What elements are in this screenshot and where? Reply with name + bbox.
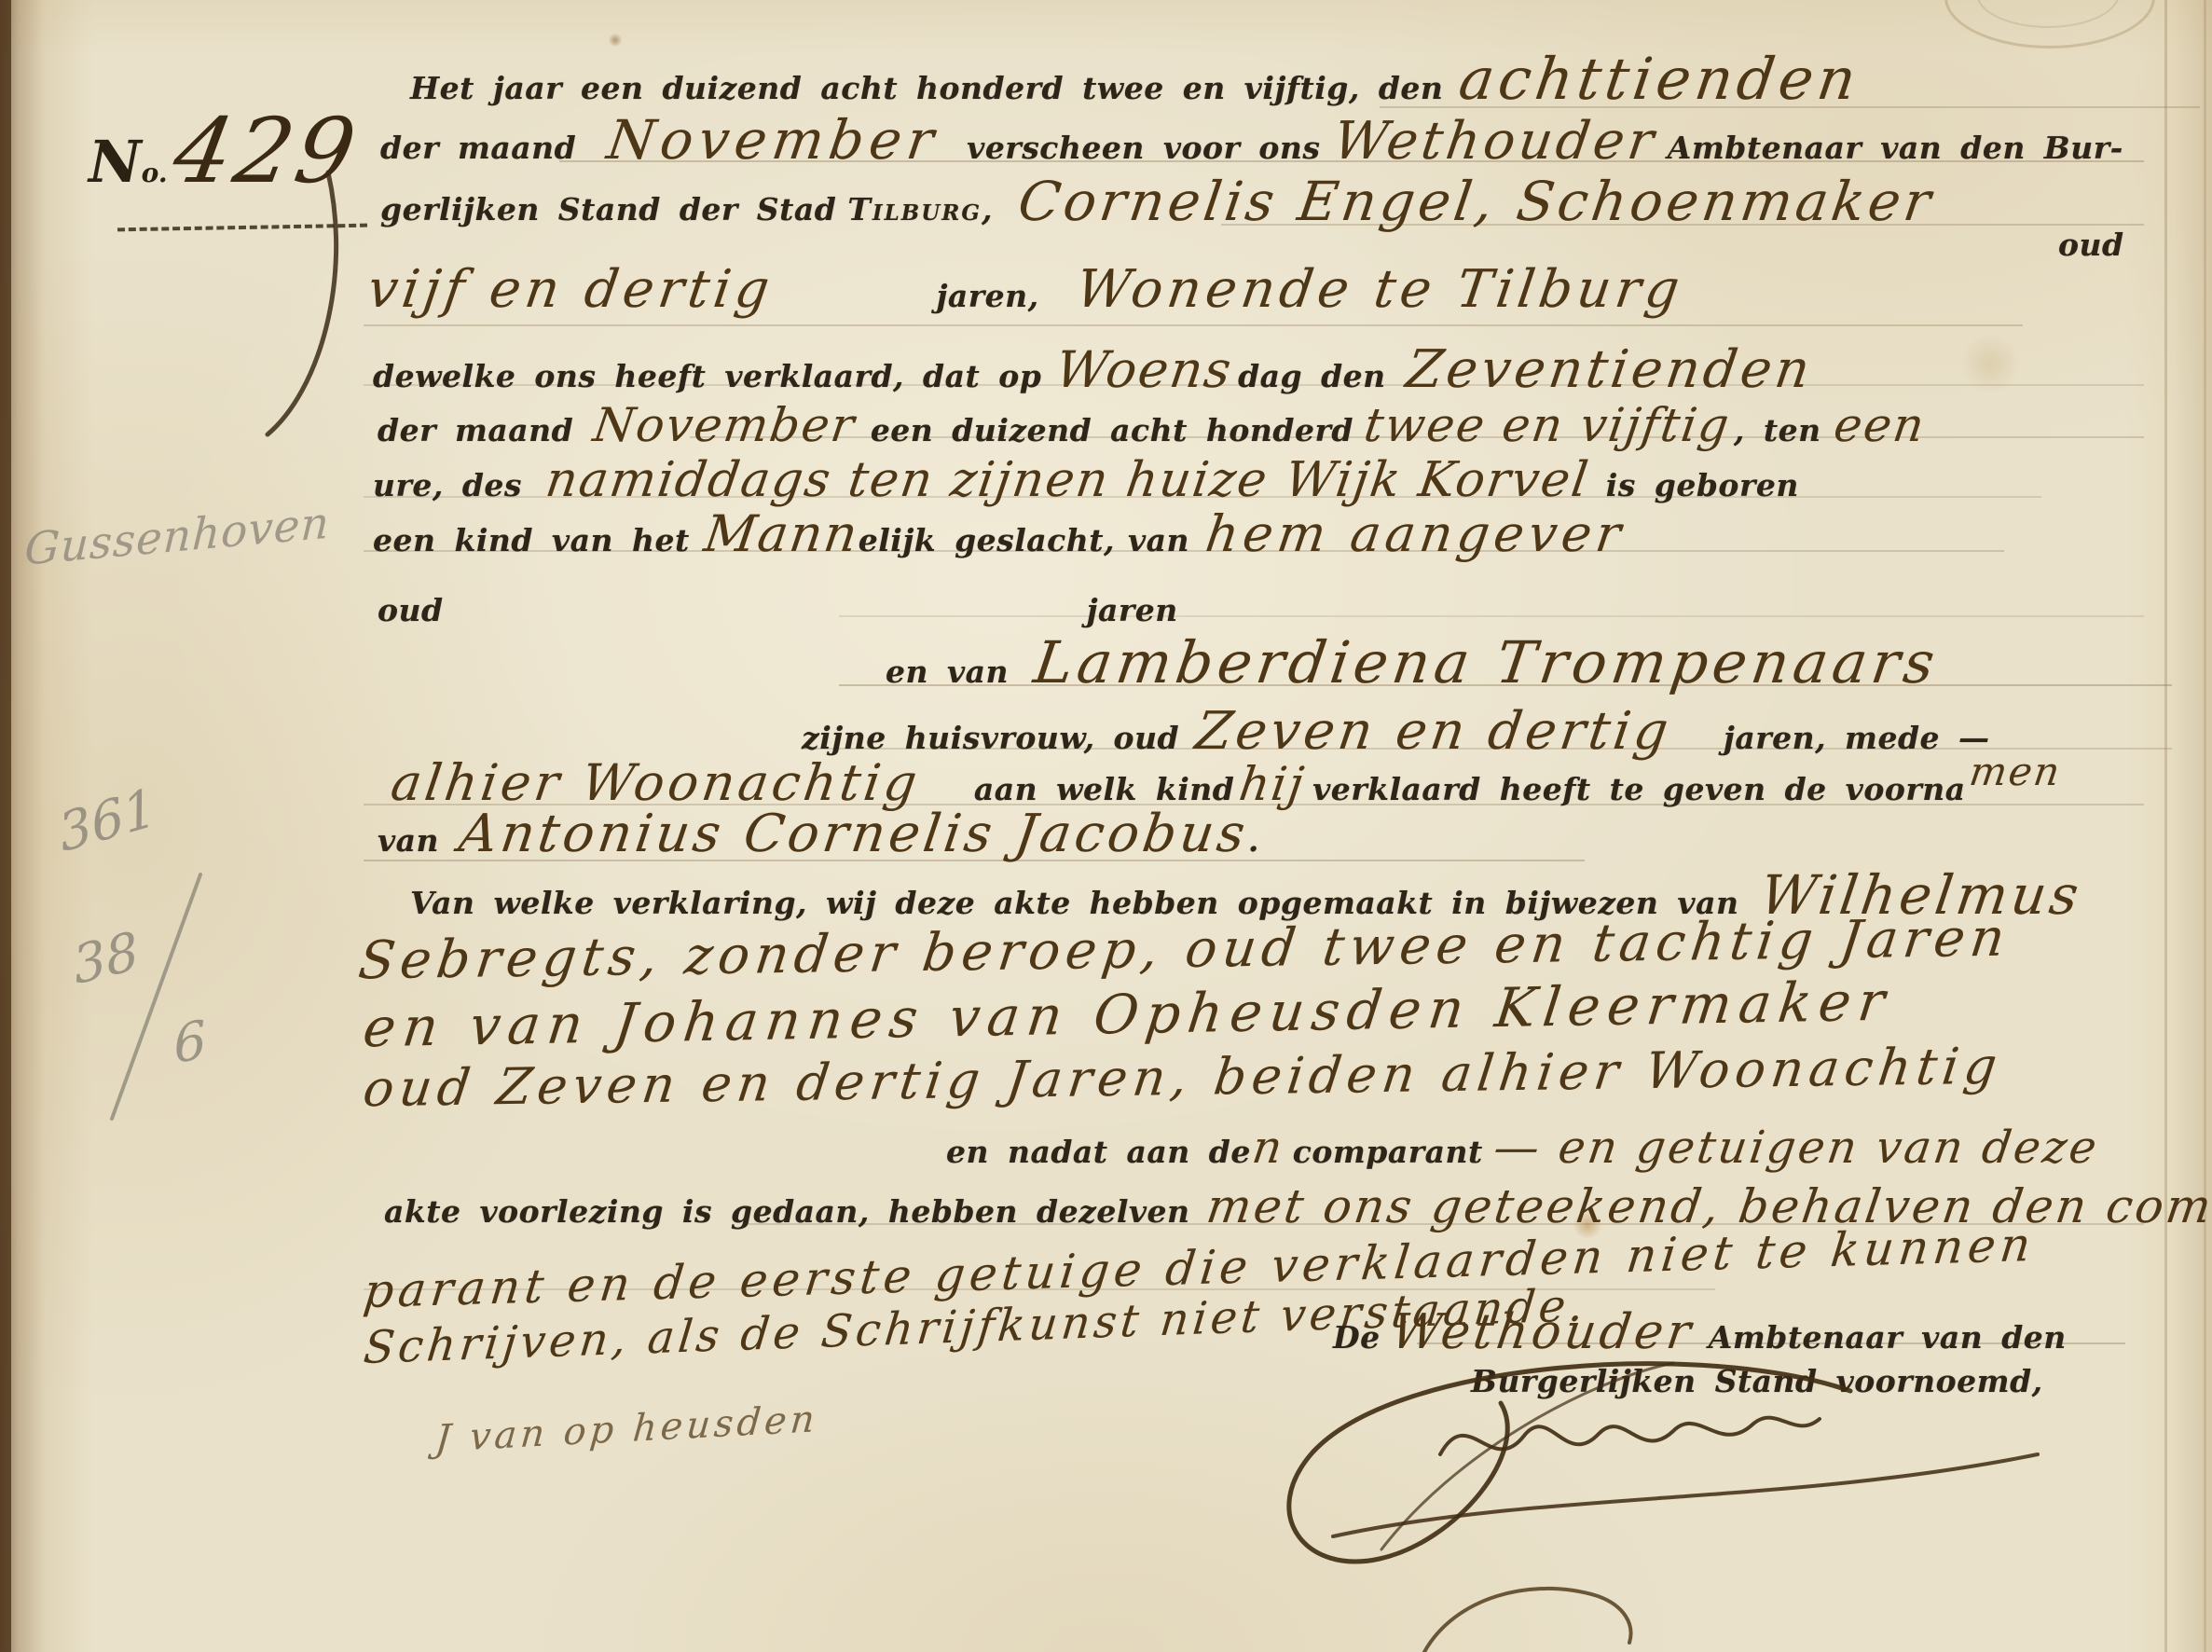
margin-pencil-number: 361 xyxy=(54,778,160,865)
printed-text: dag den xyxy=(1238,361,1386,393)
official-signature-letters xyxy=(1440,1418,1820,1454)
handwritten-text: namiddags ten zijnen huize Wijk Korvel xyxy=(543,455,1592,506)
closing-officer-line-2: Burgerlijken Stand voornoemd, xyxy=(1471,1366,2043,1398)
body-line-03b: oud xyxy=(2058,229,2124,262)
printed-text: en van xyxy=(886,656,1009,689)
printed-text: aan welk kind xyxy=(974,774,1235,806)
handwritten-text: Woens xyxy=(1052,344,1236,397)
printed-text: jaren xyxy=(1087,595,1178,627)
handwritten-text: hij xyxy=(1237,760,1309,809)
body-line-07: ure, des namiddags ten zijnen huize Wijk… xyxy=(373,455,1799,506)
body-line-11: zijne huisvrouw, oud Zeven en dertig jar… xyxy=(802,705,1990,760)
body-line-18: en nadat aan de n comparant — en getuige… xyxy=(946,1124,2098,1171)
body-line-06: der maand November een duizend acht hond… xyxy=(378,401,1925,450)
printed-text: verscheen voor ons xyxy=(967,132,1320,165)
body-line-02: der maand November verscheen voor ons We… xyxy=(380,112,2123,170)
body-line-10: en van Lamberdiena Trompenaars xyxy=(886,632,1939,693)
handwritten-text: met ons geteekend, behalven den com- xyxy=(1203,1182,2212,1232)
printed-text: comparant xyxy=(1293,1136,1483,1169)
handwritten-text: Antonius Cornelis Jacobus xyxy=(456,807,1252,862)
pencil-fraction-slash xyxy=(112,874,200,1119)
printed-text: ure, des xyxy=(373,470,522,502)
handwritten-text: twee en vijftig xyxy=(1361,401,1733,450)
printed-text: Burgerlijken Stand voornoemd, xyxy=(1471,1366,2043,1398)
handwritten-text: achttienden xyxy=(1456,48,1864,109)
printed-text: van xyxy=(1128,525,1189,558)
body-line-13: van Antonius Cornelis Jacobus . xyxy=(378,807,1259,862)
binding-edge xyxy=(0,0,11,1652)
ink-spot xyxy=(608,34,623,47)
printed-text: Ambtenaar van den xyxy=(1709,1322,2067,1355)
printed-text: een kind van het xyxy=(373,525,690,558)
printed-text: . xyxy=(1248,825,1259,858)
act-number-underline xyxy=(117,224,367,232)
printed-text: , ten xyxy=(1734,415,1821,447)
page-edge-crease-outer xyxy=(2204,0,2206,1652)
handwritten-text: Zeventienden xyxy=(1403,343,1817,398)
act-number-prefix: N xyxy=(89,131,142,192)
printed-text: en nadat aan de xyxy=(946,1136,1251,1169)
handwritten-text: Wethouder xyxy=(1329,115,1660,170)
printed-city-name: Tilburg, xyxy=(847,194,994,227)
body-line-04: vijf en dertig jaren, Wonende te Tilburg xyxy=(368,263,1683,318)
margin-pencil-fraction-numerator: 38 xyxy=(70,921,143,998)
body-line-12: alhier Woonachtig aan welk kind hij verk… xyxy=(392,757,2058,810)
printed-text: dewelke ons heeft verklaard, dat op xyxy=(373,361,1041,393)
act-number-value: 429 xyxy=(167,104,365,199)
handwritten-text: n xyxy=(1249,1124,1286,1171)
act-number-prefix-sup: o. xyxy=(142,159,168,186)
act-number-tail-flourish xyxy=(268,172,337,434)
handwritten-text: vijf en dertig xyxy=(364,263,777,318)
printed-text: der maand xyxy=(380,132,576,165)
handwritten-text: men xyxy=(1967,751,2064,792)
handwritten-text: hem aangever xyxy=(1202,508,1628,561)
next-record-partial-stroke xyxy=(1424,1589,1631,1652)
body-line-01: Het jaar een duizend acht honderd twee e… xyxy=(410,48,1861,109)
handwritten-text: Wonende te Tilburg xyxy=(1073,263,1687,318)
handwritten-text: — en getuigen van deze xyxy=(1491,1124,2102,1171)
handwritten-text: Zeven en dertig xyxy=(1192,705,1675,760)
margin-pencil-fraction-denominator: 6 xyxy=(172,1010,209,1076)
handwritten-text: November xyxy=(604,112,942,169)
witness-signature: J van op heusden xyxy=(434,1399,818,1458)
act-number: No. 429 xyxy=(89,104,357,199)
printed-text: verklaard heeft te geven de voorna xyxy=(1312,774,1966,806)
page-edge-crease xyxy=(2164,0,2167,1652)
body-line-09: oud jaren xyxy=(378,595,1178,627)
printed-text: der maand xyxy=(378,415,573,447)
handwritten-text: een xyxy=(1831,401,1929,450)
printed-text: jaren, xyxy=(936,281,1038,313)
handwritten-text: Mann xyxy=(701,508,862,561)
official-signature-underline xyxy=(1333,1454,2038,1536)
printed-text: jaren, mede — xyxy=(1724,723,1990,755)
handwritten-text: J van op heusden xyxy=(433,1399,819,1459)
printed-text: van xyxy=(378,825,439,858)
printed-text: gerlijken Stand der Stad xyxy=(380,194,836,227)
printed-text: Het jaar een duizend acht honderd twee e… xyxy=(410,73,1443,105)
printed-text: zijne huisvrouw, oud xyxy=(802,723,1179,755)
printed-text: oud xyxy=(2058,229,2124,262)
margin-pencil-name: Gussenhoven xyxy=(23,497,331,575)
printed-text: oud xyxy=(378,595,444,627)
printed-text: elijk geslacht, xyxy=(859,525,1115,558)
body-line-08: een kind van het Mann elijk geslacht, va… xyxy=(373,508,1625,561)
printed-text: Ambtenaar van den Bur- xyxy=(1668,132,2123,165)
body-line-05: dewelke ons heeft verklaard, dat op Woen… xyxy=(373,343,1812,398)
handwritten-text: Cornelis Engel, Schoenmaker xyxy=(1014,173,1937,230)
printed-text: De xyxy=(1333,1322,1381,1355)
birth-record-page: No. 429 Gussenhoven 361 38 6 Het jaar ee… xyxy=(0,0,2212,1652)
handwritten-text: Wethouder xyxy=(1388,1307,1697,1358)
printed-text: akte voorlezing is gedaan, hebben dezelv… xyxy=(384,1196,1190,1229)
faint-blot xyxy=(1958,336,2023,392)
ruled-line xyxy=(364,324,2023,326)
handwritten-text: Lamberdiena Trompenaars xyxy=(1030,632,1943,693)
printed-text: een duizend acht honderd xyxy=(871,415,1353,447)
body-line-03: gerlijken Stand der Stad Tilburg, Cornel… xyxy=(380,173,1933,230)
handwritten-text: alhier Woonachtig xyxy=(388,757,924,810)
printed-text: is geboren xyxy=(1606,470,1799,502)
handwritten-text: November xyxy=(591,401,859,450)
closing-officer-line: De Wethouder Ambtenaar van den xyxy=(1333,1307,2067,1358)
